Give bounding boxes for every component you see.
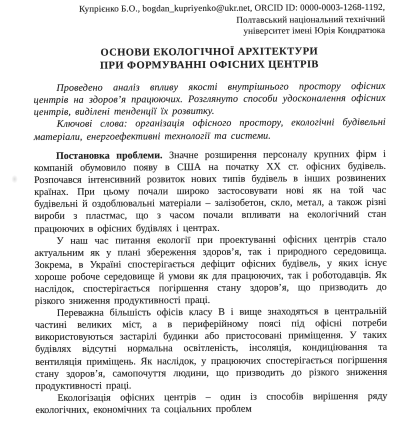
keywords-label: Ключові слова: <box>57 119 128 130</box>
paper-title: ОСНОВИ ЕКОЛОГІЧНОЇ АРХІТЕКТУРИ ПРИ ФОРМУ… <box>33 44 385 73</box>
paragraph-2-text: У наш час питання екології при проектува… <box>35 234 387 308</box>
abstract-paragraph: Проведено аналіз впливу якості внутрішнь… <box>34 80 386 119</box>
paragraph-3: Переважна більшість офісів класу В і вищ… <box>35 306 388 393</box>
affiliation-line-2: університет імені Юрія Кондратюка <box>33 25 385 39</box>
keywords-paragraph: Ключові слова: організація офісного прос… <box>34 117 386 144</box>
paragraph-4: Екологізація офісних центрів – один із с… <box>35 391 387 400</box>
paragraph-1-lead: Постановка проблеми. <box>56 150 163 162</box>
scan-smudge-artifact <box>10 173 19 185</box>
abstract-block: Проведено аналіз впливу якості внутрішнь… <box>34 80 386 144</box>
scanned-paper-page: Купрієнко Б.О., bogdan_kupriyenko@ukr.ne… <box>0 0 400 400</box>
paragraph-3-text: Переважна більшість офісів класу В і вищ… <box>35 306 387 392</box>
paragraph-1-text: Значне розширення персоналу крупних фірм… <box>34 149 386 235</box>
paragraph-problem-statement: Постановка проблеми. Значне розширення п… <box>34 149 387 236</box>
paper-body: Постановка проблеми. Значне розширення п… <box>34 149 388 400</box>
author-affiliation-block: Купрієнко Б.О., bogdan_kupriyenko@ukr.ne… <box>33 2 385 39</box>
paper-title-line-2: ПРИ ФОРМУВАННІ ОФІСНИХ ЦЕНТРІВ <box>33 58 385 74</box>
paragraph-4-text: Екологізація офісних центрів – один із с… <box>35 391 387 400</box>
paragraph-2: У наш час питання екології при проектува… <box>34 234 386 309</box>
